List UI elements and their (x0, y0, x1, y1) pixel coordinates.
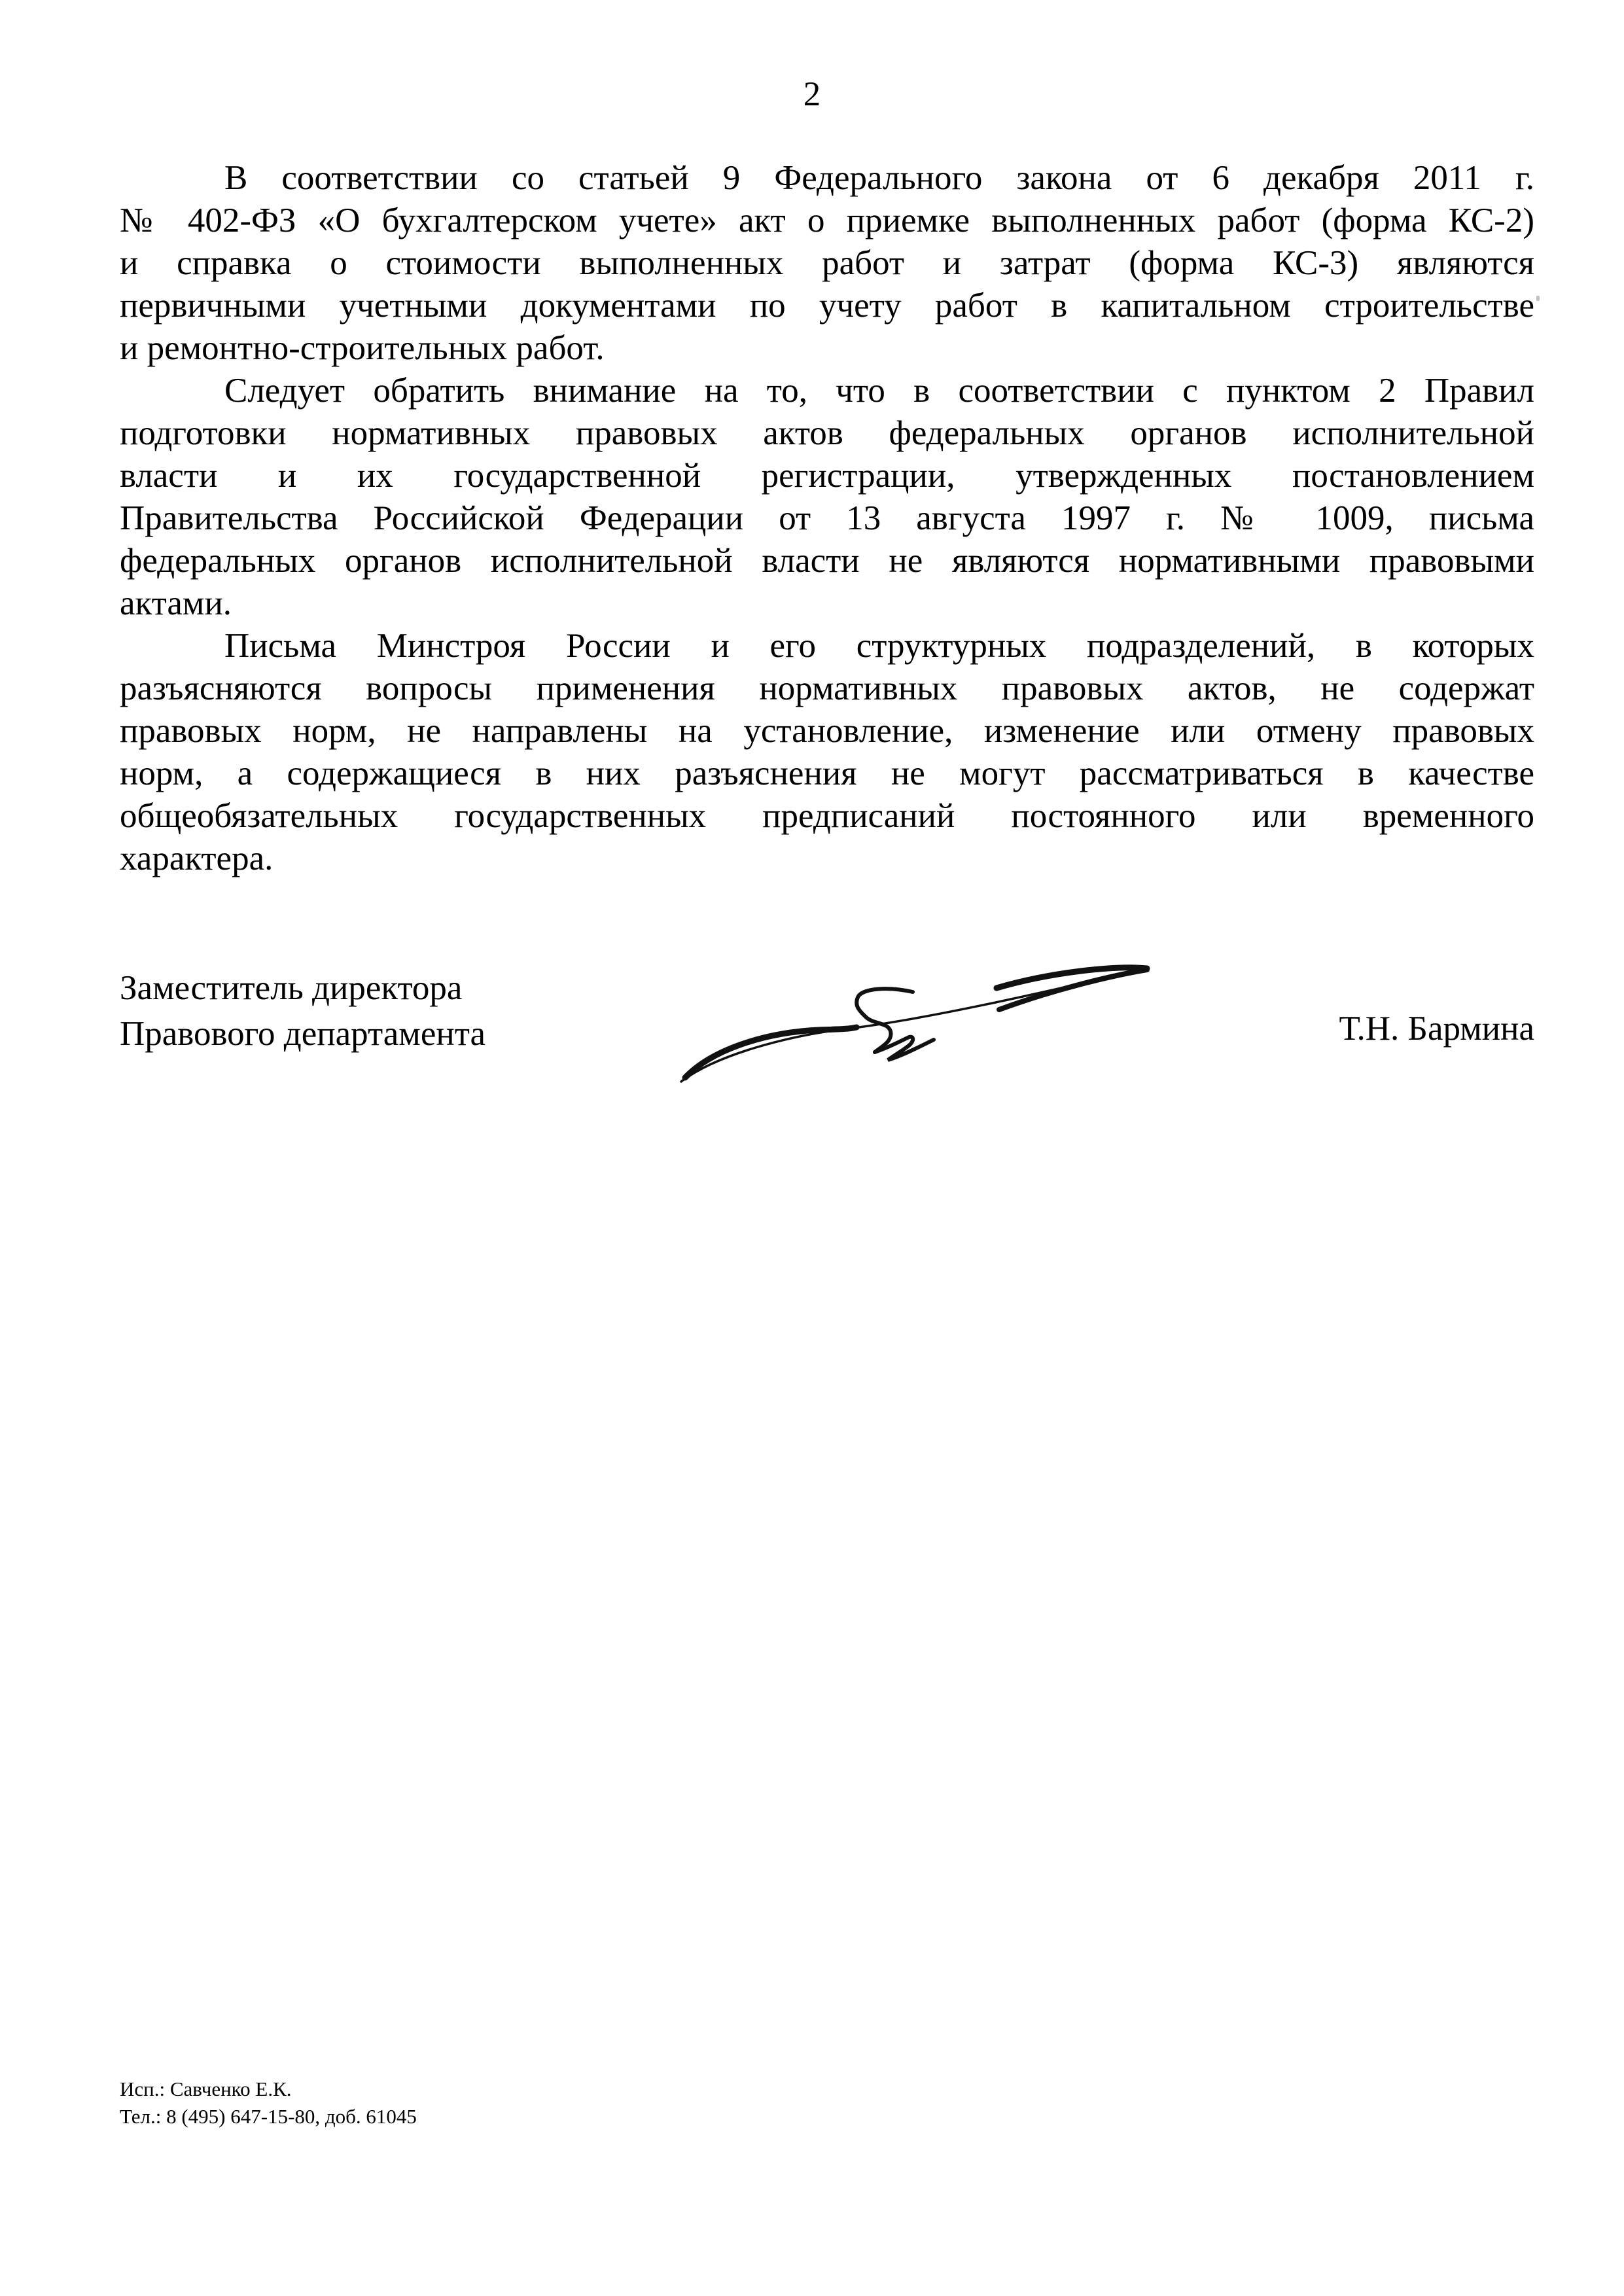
body-line: Следует обратить внимание на то, что в с… (120, 370, 1534, 412)
body-line: первичными учетными документами по учету… (120, 285, 1534, 327)
body-line: Правительства Российской Федерации от 13… (120, 497, 1534, 540)
body-line: разъясняются вопросы применения норматив… (120, 667, 1534, 710)
footer-phone: Тел.: 8 (495) 647-15-80, доб. 61045 (120, 2103, 417, 2130)
signature-name: Т.Н. Бармина (1339, 1006, 1534, 1051)
document-page: 2 В соответствии со статьей 9 Федерально… (0, 0, 1624, 2296)
letter-body: В соответствии со статьей 9 Федерального… (120, 157, 1534, 880)
page-number: 2 (0, 73, 1624, 116)
body-line: федеральных органов исполнительной власт… (120, 540, 1534, 582)
scan-artifact-dot (1536, 296, 1540, 301)
paragraph: В соответствии со статьей 9 Федерального… (120, 157, 1534, 370)
signature-position-title: Заместитель директора Правового департам… (120, 965, 485, 1057)
body-line: и справка о стоимости выполненных работ … (120, 242, 1534, 285)
body-line: общеобязательных государственных предпис… (120, 795, 1534, 838)
body-line: Письма Минстроя России и его структурных… (120, 625, 1534, 667)
paragraph: Следует обратить внимание на то, что в с… (120, 370, 1534, 625)
body-line: В соответствии со статьей 9 Федерального… (120, 157, 1534, 200)
body-line: власти и их государственной регистрации,… (120, 455, 1534, 497)
body-line: характера. (120, 838, 1534, 880)
body-line: и ремонтно-строительных работ. (120, 327, 1534, 370)
footer-executor: Исп.: Савченко Е.К. (120, 2075, 417, 2103)
body-line: подготовки нормативных правовых актов фе… (120, 412, 1534, 455)
body-line: № 402-ФЗ «О бухгалтерском учете» акт о п… (120, 200, 1534, 242)
paragraph: Письма Минстроя России и его структурных… (120, 625, 1534, 880)
footer: Исп.: Савченко Е.К. Тел.: 8 (495) 647-15… (120, 2075, 417, 2130)
body-line: норм, а содержащиеся в них разъяснения н… (120, 752, 1534, 795)
body-line: актами. (120, 582, 1534, 625)
body-line: правовых норм, не направлены на установл… (120, 710, 1534, 752)
signature-image (658, 949, 1168, 1099)
